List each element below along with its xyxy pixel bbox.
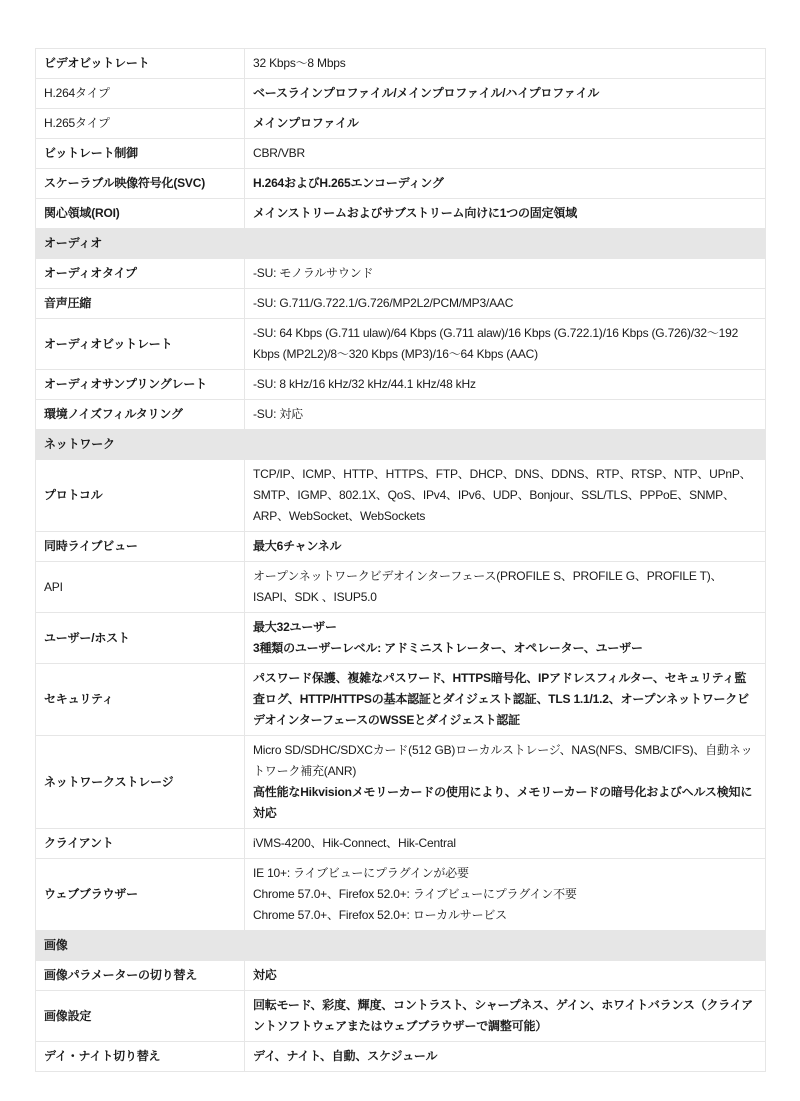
section-title: ネットワーク xyxy=(36,430,766,460)
spec-row-bitrate-control: ビットレート制御 CBR/VBR xyxy=(36,139,766,169)
spec-value-line: Chrome 57.0+、Firefox 52.0+: ライブビューにプラグイン… xyxy=(253,884,757,905)
spec-row-noise-filtering: 環境ノイズフィルタリング -SU: 対応 xyxy=(36,400,766,430)
spec-value: 回転モード、彩度、輝度、コントラスト、シャープネス、ゲイン、ホワイトバランス（ク… xyxy=(245,991,766,1042)
spec-value-line: 最大32ユーザー xyxy=(253,617,757,638)
spec-value: 32 Kbps～8 Mbps xyxy=(245,49,766,79)
spec-row-h264-type: H.264タイプ ベースラインプロファイル/メインプロファイル/ハイプロファイル xyxy=(36,79,766,109)
spec-row-audio-compression: 音声圧縮 -SU: G.711/G.722.1/G.726/MP2L2/PCM/… xyxy=(36,289,766,319)
spec-row-audio-sampling-rate: オーディオサンプリングレート -SU: 8 kHz/16 kHz/32 kHz/… xyxy=(36,370,766,400)
spec-row-h265-type: H.265タイプ メインプロファイル xyxy=(36,109,766,139)
spec-label: 音声圧縮 xyxy=(36,289,245,319)
spec-value: オープンネットワークビデオインターフェース(PROFILE S、PROFILE … xyxy=(245,562,766,613)
spec-row-protocols: プロトコル TCP/IP、ICMP、HTTP、HTTPS、FTP、DHCP、DN… xyxy=(36,460,766,532)
spec-value-line: Micro SD/SDHC/SDXCカード(512 GB)ローカルストレージ、N… xyxy=(253,740,757,782)
spec-label: 環境ノイズフィルタリング xyxy=(36,400,245,430)
spec-value-line: Chrome 57.0+、Firefox 52.0+: ローカルサービス xyxy=(253,905,757,926)
spec-row-client: クライアント iVMS-4200、Hik-Connect、Hik-Central xyxy=(36,829,766,859)
spec-row-audio-bitrate: オーディオビットレート -SU: 64 Kbps (G.711 ulaw)/64… xyxy=(36,319,766,370)
spec-label: H.264タイプ xyxy=(36,79,245,109)
spec-value: -SU: モノラルサウンド xyxy=(245,259,766,289)
spec-label: セキュリティ xyxy=(36,664,245,736)
spec-value: CBR/VBR xyxy=(245,139,766,169)
section-header-image: 画像 xyxy=(36,931,766,961)
spec-label: ユーザー/ホスト xyxy=(36,613,245,664)
spec-label: プロトコル xyxy=(36,460,245,532)
spec-value: メインプロファイル xyxy=(245,109,766,139)
spec-value: パスワード保護、複雑なパスワード、HTTPS暗号化、IPアドレスフィルター、セキ… xyxy=(245,664,766,736)
spec-value: デイ、ナイト、自動、スケジュール xyxy=(245,1042,766,1072)
spec-label: API xyxy=(36,562,245,613)
spec-row-user-host: ユーザー/ホスト 最大32ユーザー 3種類のユーザーレベル: アドミニストレータ… xyxy=(36,613,766,664)
spec-value: ベースラインプロファイル/メインプロファイル/ハイプロファイル xyxy=(245,79,766,109)
spec-value: Micro SD/SDHC/SDXCカード(512 GB)ローカルストレージ、N… xyxy=(245,736,766,829)
spec-label: ネットワークストレージ xyxy=(36,736,245,829)
spec-row-web-browser: ウェブブラウザー IE 10+: ライブビューにプラグインが必要 Chrome … xyxy=(36,859,766,931)
spec-label: 同時ライブビュー xyxy=(36,532,245,562)
spec-value: 対応 xyxy=(245,961,766,991)
spec-label: デイ・ナイト切り替え xyxy=(36,1042,245,1072)
spec-value: -SU: 対応 xyxy=(245,400,766,430)
section-header-network: ネットワーク xyxy=(36,430,766,460)
spec-value-line: IE 10+: ライブビューにプラグインが必要 xyxy=(253,863,757,884)
spec-row-security: セキュリティ パスワード保護、複雑なパスワード、HTTPS暗号化、IPアドレスフ… xyxy=(36,664,766,736)
spec-label: オーディオタイプ xyxy=(36,259,245,289)
spec-label: 画像パラメーターの切り替え xyxy=(36,961,245,991)
spec-row-api: API オープンネットワークビデオインターフェース(PROFILE S、PROF… xyxy=(36,562,766,613)
spec-label: オーディオサンプリングレート xyxy=(36,370,245,400)
spec-value: iVMS-4200、Hik-Connect、Hik-Central xyxy=(245,829,766,859)
spec-label: ビットレート制御 xyxy=(36,139,245,169)
spec-value: IE 10+: ライブビューにプラグインが必要 Chrome 57.0+、Fir… xyxy=(245,859,766,931)
section-header-audio: オーディオ xyxy=(36,229,766,259)
spec-row-image-settings: 画像設定 回転モード、彩度、輝度、コントラスト、シャープネス、ゲイン、ホワイトバ… xyxy=(36,991,766,1042)
section-title: オーディオ xyxy=(36,229,766,259)
spec-table: ビデオビットレート 32 Kbps～8 Mbps H.264タイプ ベースライン… xyxy=(35,48,766,1072)
spec-row-network-storage: ネットワークストレージ Micro SD/SDHC/SDXCカード(512 GB… xyxy=(36,736,766,829)
section-title: 画像 xyxy=(36,931,766,961)
spec-label: ビデオビットレート xyxy=(36,49,245,79)
spec-label: H.265タイプ xyxy=(36,109,245,139)
spec-value: TCP/IP、ICMP、HTTP、HTTPS、FTP、DHCP、DNS、DDNS… xyxy=(245,460,766,532)
spec-row-day-night-switch: デイ・ナイト切り替え デイ、ナイト、自動、スケジュール xyxy=(36,1042,766,1072)
spec-row-video-bitrate: ビデオビットレート 32 Kbps～8 Mbps xyxy=(36,49,766,79)
spec-row-roi: 関心領域(ROI) メインストリームおよびサブストリーム向けに1つの固定領域 xyxy=(36,199,766,229)
spec-value: 最大6チャンネル xyxy=(245,532,766,562)
spec-value-line: 3種類のユーザーレベル: アドミニストレーター、オペレーター、ユーザー xyxy=(253,638,757,659)
spec-value: 最大32ユーザー 3種類のユーザーレベル: アドミニストレーター、オペレーター、… xyxy=(245,613,766,664)
spec-value: H.264およびH.265エンコーディング xyxy=(245,169,766,199)
spec-label: スケーラブル映像符号化(SVC) xyxy=(36,169,245,199)
spec-label: オーディオビットレート xyxy=(36,319,245,370)
spec-value: -SU: G.711/G.722.1/G.726/MP2L2/PCM/MP3/A… xyxy=(245,289,766,319)
spec-value: メインストリームおよびサブストリーム向けに1つの固定領域 xyxy=(245,199,766,229)
spec-value: -SU: 64 Kbps (G.711 ulaw)/64 Kbps (G.711… xyxy=(245,319,766,370)
spec-label: 画像設定 xyxy=(36,991,245,1042)
spec-row-svc: スケーラブル映像符号化(SVC) H.264およびH.265エンコーディング xyxy=(36,169,766,199)
spec-value: -SU: 8 kHz/16 kHz/32 kHz/44.1 kHz/48 kHz xyxy=(245,370,766,400)
spec-label: 関心領域(ROI) xyxy=(36,199,245,229)
spec-row-image-parameter-switch: 画像パラメーターの切り替え 対応 xyxy=(36,961,766,991)
spec-label: クライアント xyxy=(36,829,245,859)
spec-value-line: 高性能なHikvisionメモリーカードの使用により、メモリーカードの暗号化およ… xyxy=(253,782,757,824)
spec-label: ウェブブラウザー xyxy=(36,859,245,931)
spec-row-audio-type: オーディオタイプ -SU: モノラルサウンド xyxy=(36,259,766,289)
spec-row-simultaneous-live-view: 同時ライブビュー 最大6チャンネル xyxy=(36,532,766,562)
